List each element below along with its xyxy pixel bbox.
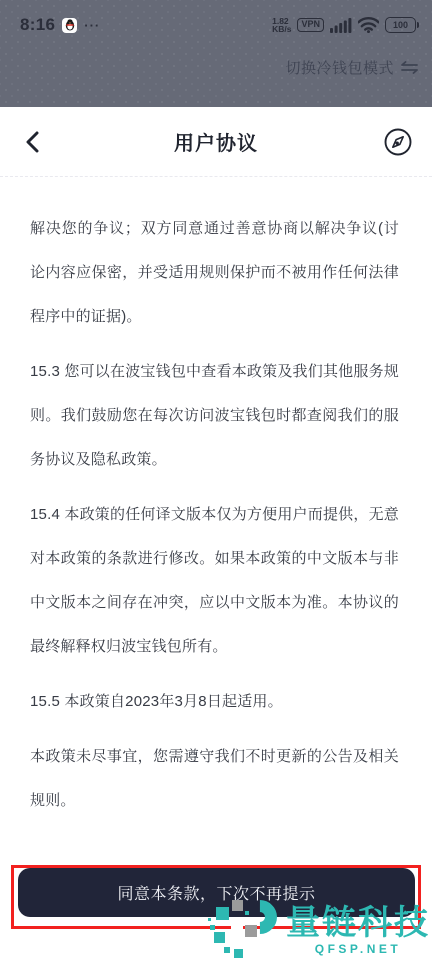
agreement-paragraph: 15.4 本政策的任何译文版本仅为方便用户而提供，无意对本政策的条款进行修改。如… [30, 493, 399, 669]
agreement-paragraph: 本政策未尽事宜，您需遵守我们不时更新的公告及相关规则。 [30, 735, 399, 823]
agreement-paragraph: 解决您的争议；双方同意通过善意协商以解决争议(讨论内容应保密，并受适用规则保护而… [30, 207, 399, 339]
agreement-body: 解决您的争议；双方同意通过善意协商以解决争议(讨论内容应保密，并受适用规则保护而… [0, 177, 432, 823]
swap-arrows-icon [401, 61, 418, 74]
vpn-icon: VPN [297, 18, 324, 32]
cold-wallet-mode-switch[interactable]: 切换冷钱包模式 [285, 57, 418, 78]
network-speed-unit: KB/s [272, 25, 291, 34]
qq-penguin-icon [62, 18, 77, 33]
wifi-icon [358, 17, 379, 33]
agreement-paragraph: 15.3 您可以在波宝钱包中查看本政策及我们其他服务规则。我们鼓励您在每次访问波… [30, 350, 399, 482]
agreement-sheet: 用户协议 解决您的争议；双方同意通过善意协商以解决争议(讨论内容应保密，并受适用… [0, 107, 432, 961]
agree-terms-button[interactable]: 同意本条款，下次不再提示 [18, 868, 415, 917]
sheet-header: 用户协议 [0, 107, 432, 177]
battery-level: 100 [393, 20, 408, 30]
cold-wallet-mode-label: 切换冷钱包模式 [285, 57, 394, 78]
notification-dots-icon: ··· [84, 18, 100, 33]
browser-compass-button[interactable] [382, 126, 414, 158]
page-title: 用户协议 [0, 127, 432, 156]
status-bar: 8:16 ··· 1.82 KB/s VPN [0, 0, 432, 40]
dimmed-top-section: 8:16 ··· 1.82 KB/s VPN [0, 0, 432, 107]
battery-icon: 100 [385, 17, 416, 33]
phone-screen: 8:16 ··· 1.82 KB/s VPN [0, 0, 432, 961]
signal-bars-icon [330, 18, 352, 33]
network-speed: 1.82 KB/s [272, 17, 291, 34]
clock-time: 8:16 [20, 15, 55, 35]
agreement-paragraph: 15.5 本政策自2023年3月8日起适用。 [30, 680, 399, 724]
